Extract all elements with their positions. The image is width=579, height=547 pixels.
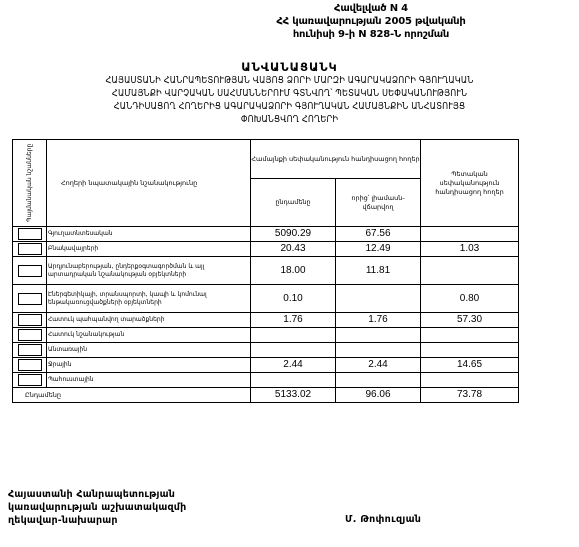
table-row: Հատուկ պահպանվող տարածքների1.761.7657.30	[13, 313, 519, 328]
community-of-which-cell	[336, 343, 421, 358]
category-cell: Հատուկ նշանակության	[47, 328, 251, 343]
signatory-title: Հայաստանի Հանրապետության կառավարության ա…	[8, 488, 186, 527]
legend-symbol-cell	[13, 257, 47, 285]
category-cell: Հատուկ պահպանվող տարածքների	[47, 313, 251, 328]
community-of-which-cell: 67.56	[336, 227, 421, 242]
header-of-which: որից՝ լիամասն-վճարվող	[336, 179, 421, 227]
category-cell: Ջրային	[47, 358, 251, 373]
legend-symbol-cell	[13, 313, 47, 328]
table-row: Ջրային2.442.4414.65	[13, 358, 519, 373]
community-of-which-cell	[336, 373, 421, 388]
table-row: Հատուկ նշանակության	[13, 328, 519, 343]
document-title: ԱՆՎԱՆԱՑԱՆԿ ՀԱՅԱՍՏԱՆԻ ՀԱՆՐԱՊԵՏՈՒԹՅԱՆ ՎԱՅՈ…	[0, 60, 579, 126]
signatory-line-2: կառավարության աշխատակազմի	[8, 501, 186, 514]
state-land-cell: 0.80	[421, 285, 519, 313]
legend-symbol-cell	[13, 242, 47, 257]
total-label: Ընդամենը	[13, 388, 251, 403]
community-of-which-cell: 11.81	[336, 257, 421, 285]
title-line-4: ՓՈԽԱՆՑՎՈՂ ՀՈՂԵՐԻ	[41, 113, 539, 126]
header-state: Պետական սեփականություն հանդիսացող հողեր	[421, 140, 519, 227]
category-cell: Գյուղատնտեսական	[47, 227, 251, 242]
land-table: Պայմանական նշանները Հողերի նպատակային նշ…	[12, 139, 519, 403]
legend-symbol-cell	[13, 373, 47, 388]
community-total-cell: 2.44	[251, 358, 336, 373]
legend-box-icon	[18, 293, 42, 305]
signatory-line-3: ղեկավար-նախարար	[8, 514, 186, 527]
table-row: Գյուղատնտեսական5090.2967.56	[13, 227, 519, 242]
legend-symbol-cell	[13, 227, 47, 242]
category-cell: Պահուստային	[47, 373, 251, 388]
signatory-name: Մ. Թոփուզյան	[345, 514, 421, 525]
annex-decision-line: հունիսի 9-ի N 828-Ն որոշման	[241, 28, 501, 41]
community-total-cell	[251, 373, 336, 388]
category-cell: Անտառային	[47, 343, 251, 358]
title-line-1: ՀԱՅԱՍՏԱՆԻ ՀԱՆՐԱՊԵՏՈՒԹՅԱՆ ՎԱՅՈՑ ՁՈՐԻ ՄԱՐԶ…	[41, 74, 539, 87]
table-row: Անտառային	[13, 343, 519, 358]
state-land-cell	[421, 328, 519, 343]
signatory-line-1: Հայաստանի Հանրապետության	[8, 488, 186, 501]
total-total: 5133.02	[251, 388, 336, 403]
annex-number: Հավելված N 4	[241, 2, 501, 15]
category-cell: Բնակավայրերի	[47, 242, 251, 257]
table-row: Պահուստային	[13, 373, 519, 388]
community-of-which-cell: 2.44	[336, 358, 421, 373]
legend-box-icon	[18, 265, 42, 277]
legend-box-icon	[18, 329, 42, 341]
legend-symbol-cell	[13, 343, 47, 358]
community-total-cell: 1.76	[251, 313, 336, 328]
state-land-cell	[421, 257, 519, 285]
annex-government-line: ՀՀ կառավարության 2005 թվականի	[241, 15, 501, 28]
community-of-which-cell: 12.49	[336, 242, 421, 257]
community-total-cell: 0.10	[251, 285, 336, 313]
title-line-2: ՀԱՄԱՅՆՔԻ ՎԱՐՉԱԿԱՆ ՍԱՀՄԱՆՆԵՐՈՒՄ ԳՏՆՎՈՂ՝ Պ…	[41, 87, 539, 100]
total-state: 73.78	[421, 388, 519, 403]
community-total-cell: 20.43	[251, 242, 336, 257]
state-land-cell	[421, 227, 519, 242]
header-category: Հողերի նպատակային նշանակությունը	[47, 140, 251, 227]
legend-symbol-cell	[13, 285, 47, 313]
table-row: Արդյունաբերության, ընդերքօգտագործման և ա…	[13, 257, 519, 285]
community-total-cell: 5090.29	[251, 227, 336, 242]
total-of-which: 96.06	[336, 388, 421, 403]
community-of-which-cell	[336, 285, 421, 313]
community-total-cell: 18.00	[251, 257, 336, 285]
state-land-cell	[421, 343, 519, 358]
legend-box-icon	[18, 243, 42, 255]
legend-symbol-cell	[13, 358, 47, 373]
state-land-cell: 1.03	[421, 242, 519, 257]
title-main: ԱՆՎԱՆԱՑԱՆԿ	[0, 60, 579, 74]
table-row: Էներգետիկայի, տրանսպորտի, կապի և կոմունա…	[13, 285, 519, 313]
community-of-which-cell	[336, 328, 421, 343]
state-land-cell: 14.65	[421, 358, 519, 373]
community-of-which-cell: 1.76	[336, 313, 421, 328]
legend-box-icon	[18, 374, 42, 386]
legend-symbol-cell	[13, 328, 47, 343]
title-line-3: ՀԱՆԴԻՍԱՑՈՂ ՀՈՂԵՐԻՑ ԱԳԱՐԱԿԱՁՈՐԻ ԳՅՈՒՂԱԿԱՆ…	[41, 100, 539, 113]
category-cell: Էներգետիկայի, տրանսպորտի, կապի և կոմունա…	[47, 285, 251, 313]
legend-box-icon	[18, 228, 42, 240]
legend-box-icon	[18, 359, 42, 371]
annex-header: Հավելված N 4 ՀՀ կառավարության 2005 թվակա…	[241, 2, 501, 41]
total-row: Ընդամենը 5133.02 96.06 73.78	[13, 388, 519, 403]
category-cell: Արդյունաբերության, ընդերքօգտագործման և ա…	[47, 257, 251, 285]
header-code: Պայմանական նշանները	[13, 140, 47, 227]
table-row: Բնակավայրերի20.4312.491.03	[13, 242, 519, 257]
state-land-cell: 57.30	[421, 313, 519, 328]
community-total-cell	[251, 328, 336, 343]
state-land-cell	[421, 373, 519, 388]
header-community: Համայնքի սեփականություն հանդիսացող հողեր	[251, 140, 421, 179]
legend-box-icon	[18, 314, 42, 326]
legend-box-icon	[18, 344, 42, 356]
header-total: ընդամենը	[251, 179, 336, 227]
community-total-cell	[251, 343, 336, 358]
